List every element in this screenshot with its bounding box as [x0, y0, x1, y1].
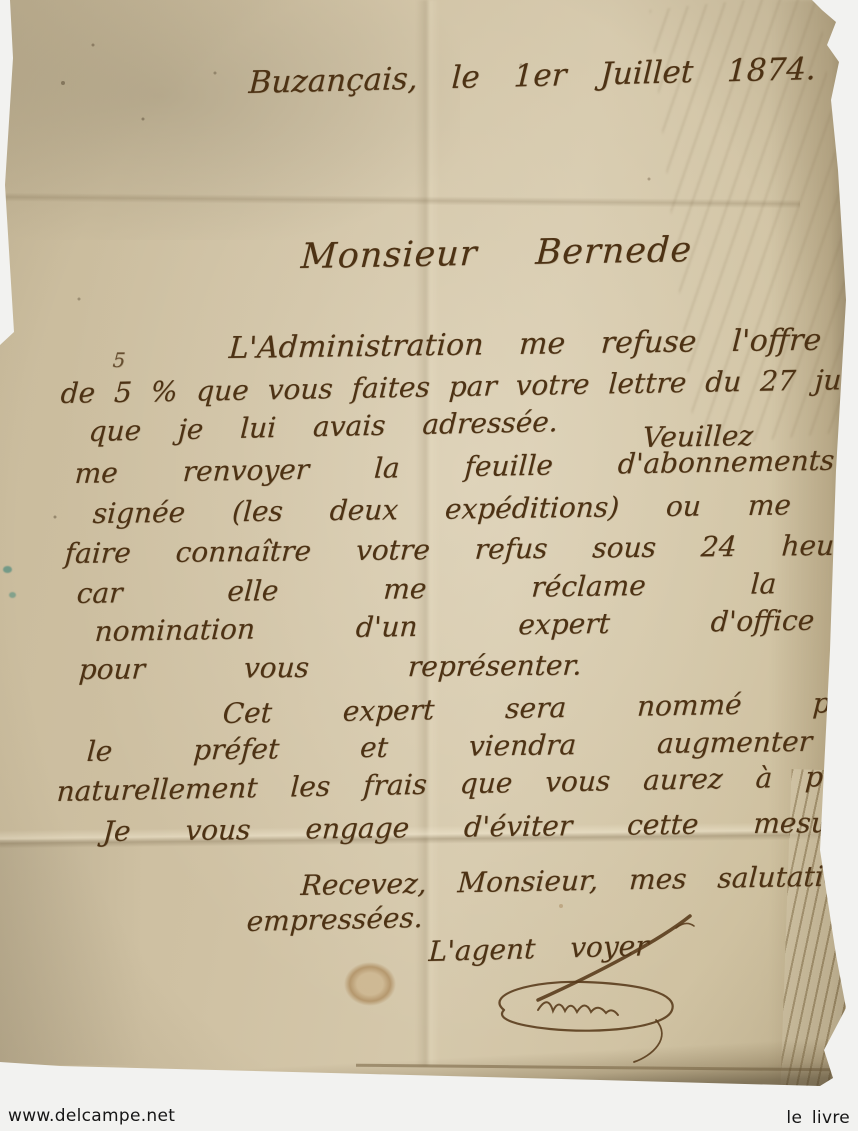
- letter-paper: Buzançais, le 1er Juillet 1874. Monsieur…: [0, 0, 858, 1131]
- letter-line: faire connaître votre refus sous 24 heur…: [64, 531, 858, 568]
- watermark-le-livre: le livre: [786, 1108, 850, 1128]
- letter-line: signée (les deux expéditions) ou me: [92, 491, 792, 528]
- margin-note: 5: [112, 350, 126, 370]
- signature-flourish: [438, 898, 728, 1068]
- salutation: Monsieur Bernede: [300, 233, 693, 275]
- closing-line: empressées.: [246, 904, 423, 936]
- paper-specks: [0, 0, 2, 2]
- scan-canvas: Buzançais, le 1er Juillet 1874. Monsieur…: [0, 0, 858, 1131]
- letter-line: L'Administration me refuse l'offre: [228, 326, 822, 364]
- letter-line: pour vous représenter.: [78, 652, 583, 684]
- watermark-delcampe: www.delcampe.net: [8, 1106, 175, 1126]
